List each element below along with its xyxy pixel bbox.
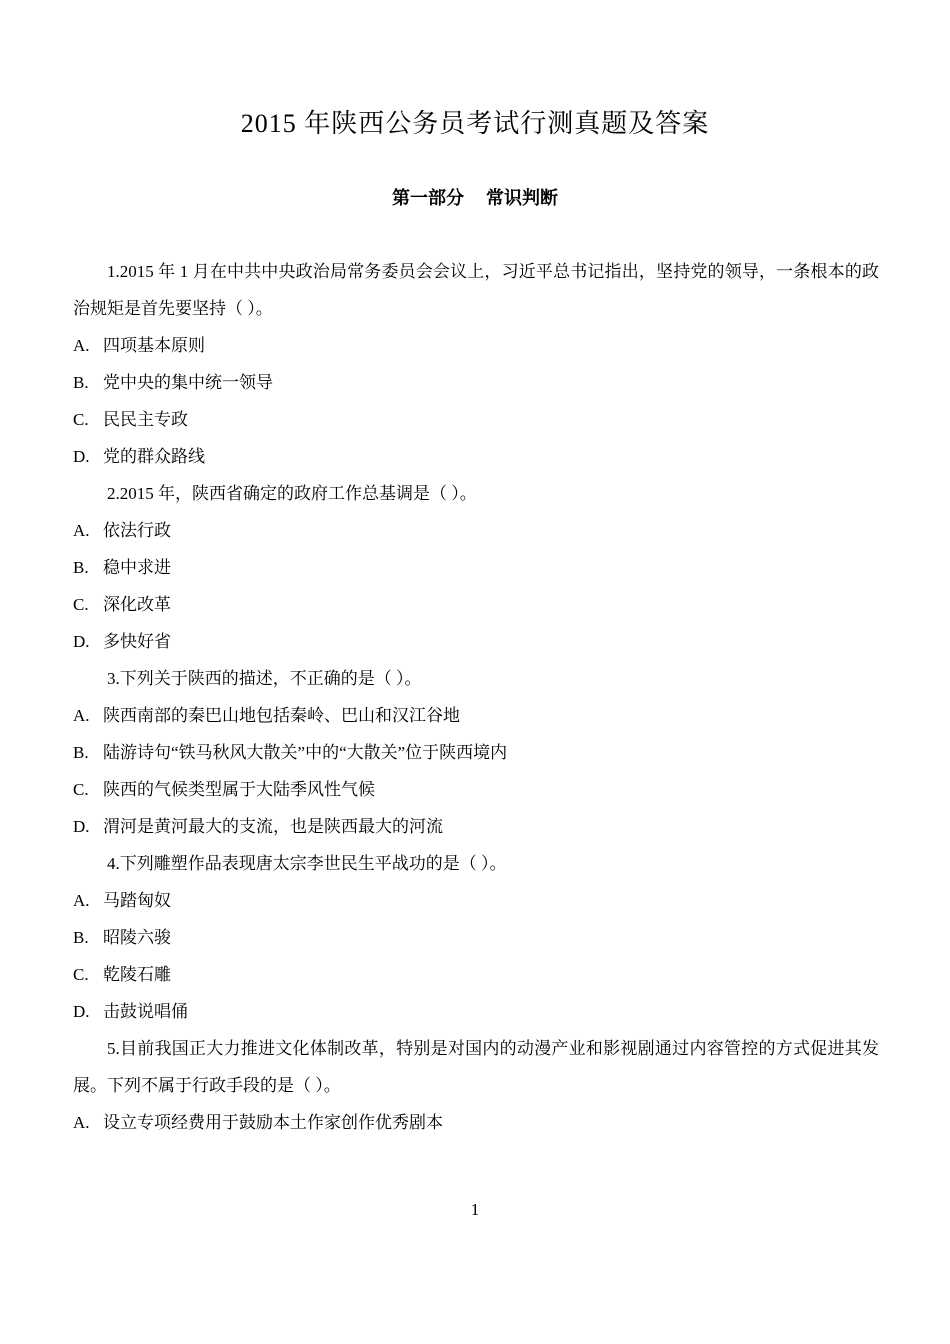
option-b: B.稳中求进 <box>73 549 879 586</box>
option-text: 党的群众路线 <box>103 447 205 466</box>
document-page: 2015 年陕西公务员考试行测真题及答案 第一部分常识判断 1.2015 年 1… <box>0 0 950 1344</box>
option-letter: D. <box>73 808 103 845</box>
option-letter: C. <box>73 956 103 993</box>
option-c: C.深化改革 <box>73 586 879 623</box>
option-a: A.马踏匈奴 <box>73 882 879 919</box>
option-letter: B. <box>73 549 103 586</box>
option-text: 陕西的气候类型属于大陆季风性气候 <box>103 780 375 799</box>
option-letter: C. <box>73 586 103 623</box>
question-text: 4.下列雕塑作品表现唐太宗李世民生平战功的是（ ）。 <box>73 845 879 882</box>
option-text: 陕西南部的秦巴山地包括秦岭、巴山和汉江谷地 <box>103 706 460 725</box>
option-letter: B. <box>73 734 103 771</box>
option-letter: A. <box>73 512 103 549</box>
question-text: 5.目前我国正大力推进文化体制改革，特别是对国内的动漫产业和影视剧通过内容管控的… <box>73 1030 879 1104</box>
document-body: 1.2015 年 1 月在中共中央政治局常务委员会会议上，习近平总书记指出，坚持… <box>73 253 879 1141</box>
section-part: 第一部分 <box>392 188 464 208</box>
option-c: C.乾陵石雕 <box>73 956 879 993</box>
option-letter: A. <box>73 697 103 734</box>
question-text: 2.2015 年，陕西省确定的政府工作总基调是（ ）。 <box>73 475 879 512</box>
option-text: 乾陵石雕 <box>103 965 171 984</box>
option-d: D.多快好省 <box>73 623 879 660</box>
option-text: 击鼓说唱俑 <box>103 1002 188 1021</box>
question-3: 3.下列关于陕西的描述，不正确的是（ ）。 A.陕西南部的秦巴山地包括秦岭、巴山… <box>73 660 879 845</box>
option-letter: B. <box>73 364 103 401</box>
option-b: B.陆游诗句“铁马秋风大散关”中的“大散关”位于陕西境内 <box>73 734 879 771</box>
option-b: B.党中央的集中统一领导 <box>73 364 879 401</box>
option-letter: D. <box>73 993 103 1030</box>
question-4: 4.下列雕塑作品表现唐太宗李世民生平战功的是（ ）。 A.马踏匈奴 B.昭陵六骏… <box>73 845 879 1030</box>
section-heading: 第一部分常识判断 <box>0 184 950 210</box>
option-text: 依法行政 <box>103 521 171 540</box>
document-title: 2015 年陕西公务员考试行测真题及答案 <box>0 103 950 140</box>
option-letter: C. <box>73 401 103 438</box>
option-d: D.渭河是黄河最大的支流，也是陕西最大的河流 <box>73 808 879 845</box>
option-a: A.设立专项经费用于鼓励本土作家创作优秀剧本 <box>73 1104 879 1141</box>
option-text: 陆游诗句“铁马秋风大散关”中的“大散关”位于陕西境内 <box>103 743 507 762</box>
option-text: 渭河是黄河最大的支流，也是陕西最大的河流 <box>103 817 443 836</box>
question-5: 5.目前我国正大力推进文化体制改革，特别是对国内的动漫产业和影视剧通过内容管控的… <box>73 1030 879 1141</box>
option-text: 民民主专政 <box>103 410 188 429</box>
option-letter: D. <box>73 623 103 660</box>
option-c: C.陕西的气候类型属于大陆季风性气候 <box>73 771 879 808</box>
option-text: 设立专项经费用于鼓励本土作家创作优秀剧本 <box>103 1113 443 1132</box>
option-a: A.陕西南部的秦巴山地包括秦岭、巴山和汉江谷地 <box>73 697 879 734</box>
option-letter: C. <box>73 771 103 808</box>
option-text: 深化改革 <box>103 595 171 614</box>
option-text: 多快好省 <box>103 632 171 651</box>
option-letter: D. <box>73 438 103 475</box>
option-letter: A. <box>73 882 103 919</box>
option-d: D.党的群众路线 <box>73 438 879 475</box>
option-d: D.击鼓说唱俑 <box>73 993 879 1030</box>
question-2: 2.2015 年，陕西省确定的政府工作总基调是（ ）。 A.依法行政 B.稳中求… <box>73 475 879 660</box>
option-text: 四项基本原则 <box>103 336 205 355</box>
question-1: 1.2015 年 1 月在中共中央政治局常务委员会会议上，习近平总书记指出，坚持… <box>73 253 879 475</box>
option-c: C.民民主专政 <box>73 401 879 438</box>
option-letter: B. <box>73 919 103 956</box>
option-b: B.昭陵六骏 <box>73 919 879 956</box>
question-text: 1.2015 年 1 月在中共中央政治局常务委员会会议上，习近平总书记指出，坚持… <box>73 253 879 327</box>
option-text: 马踏匈奴 <box>103 891 171 910</box>
question-text: 3.下列关于陕西的描述，不正确的是（ ）。 <box>73 660 879 697</box>
option-text: 党中央的集中统一领导 <box>103 373 273 392</box>
option-a: A.四项基本原则 <box>73 327 879 364</box>
option-letter: A. <box>73 327 103 364</box>
option-text: 昭陵六骏 <box>103 928 171 947</box>
option-letter: A. <box>73 1104 103 1141</box>
section-name: 常识判断 <box>486 188 558 208</box>
option-text: 稳中求进 <box>103 558 171 577</box>
option-a: A.依法行政 <box>73 512 879 549</box>
page-number: 1 <box>0 1191 950 1228</box>
